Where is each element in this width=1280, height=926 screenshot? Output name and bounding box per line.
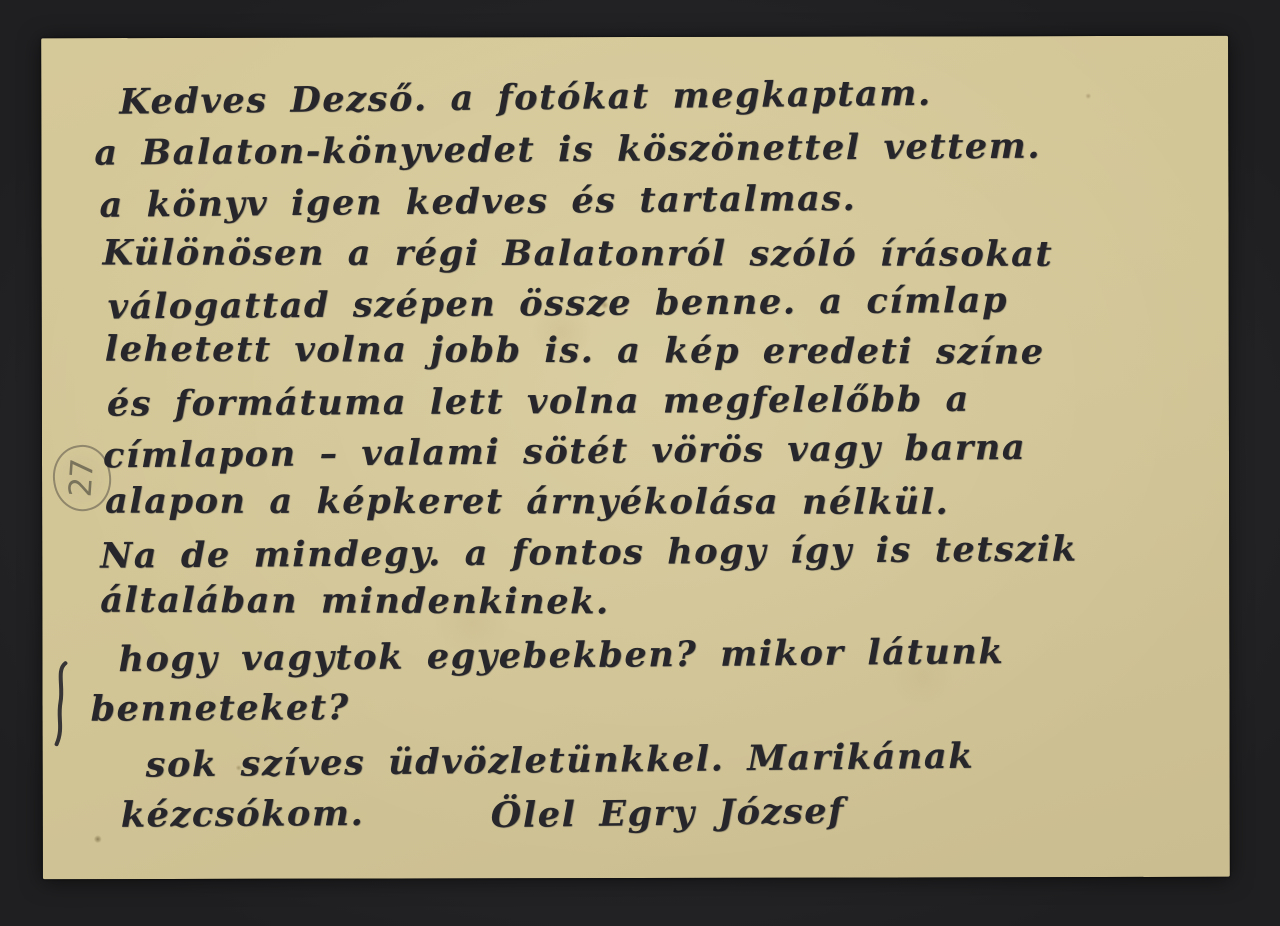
handwritten-line: Különösen a régi Balatonról szóló írások… (103, 235, 1054, 271)
handwritten-line: hogy vagytok egyebekben? mikor látunk (118, 634, 1004, 677)
handwritten-line: címlapon – valami sötét vörös vagy barna (103, 430, 1026, 473)
postcard: 27 Kedves Dezső. a fotókat megkaptam. a … (41, 36, 1230, 879)
handwritten-line: benneteket? (90, 690, 349, 726)
archival-number: 27 (63, 458, 101, 498)
handwritten-line: a könyv igen kedves és tartalmas. (99, 181, 856, 223)
handwritten-line: és formátuma lett volna megfelelőbb a (107, 382, 970, 422)
closing-line: kézcsókom. (121, 796, 365, 833)
marginal-stroke-icon (51, 660, 71, 748)
handwritten-line: Kedves Dezső. a fotókat megkaptam. (119, 76, 932, 120)
handwritten-line: sok szíves üdvözletünkkel. Marikának (145, 739, 974, 783)
handwritten-line: válogattad szépen össze benne. a címlap (108, 283, 1009, 325)
signature: Ölel Egry József (491, 794, 845, 833)
handwritten-line: alapon a képkeret árnyékolása nélkül. (105, 484, 949, 520)
handwritten-line: a Balaton-könyvedet is köszönettel vette… (94, 129, 1041, 171)
scan-background: 27 Kedves Dezső. a fotókat megkaptam. a … (0, 0, 1280, 926)
handwritten-line: Na de mindegy. a fontos hogy így is tets… (100, 532, 1078, 574)
handwritten-line: általában mindenkinek. (100, 583, 610, 620)
handwritten-line: lehetett volna jobb is. a kép eredeti sz… (105, 332, 1045, 370)
